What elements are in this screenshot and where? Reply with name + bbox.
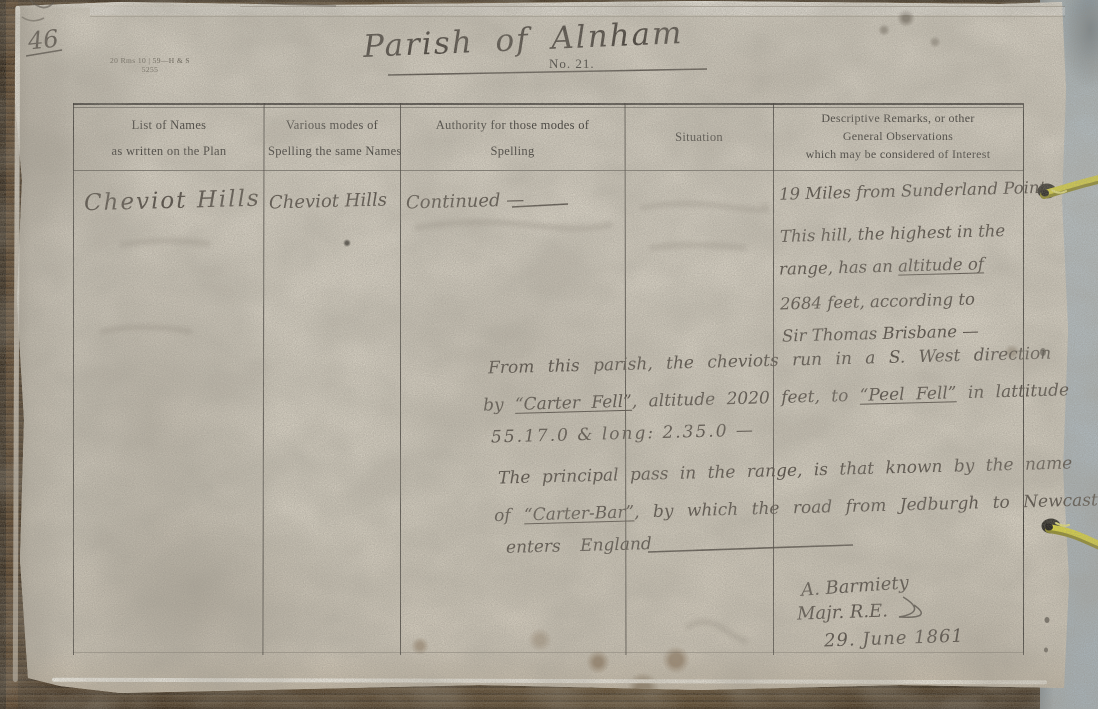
folio-underline <box>26 50 62 56</box>
bleed-through-marks <box>100 204 767 642</box>
previous-page-mark <box>22 17 44 21</box>
decorative-overlay <box>0 0 1098 709</box>
scanned-name-book-page: { "page": { "folio_number": "46", "stamp… <box>0 0 1098 709</box>
binding-hole-top-core <box>1041 190 1049 197</box>
ink-flourishes <box>22 0 921 617</box>
signature-flourish <box>899 597 921 617</box>
small-margin-tears <box>1040 348 1050 653</box>
previous-page-number-fragment <box>30 0 54 8</box>
title-underline-flourish <box>388 69 707 75</box>
top-edge-mark <box>258 3 336 6</box>
england-dash-flourish <box>648 545 853 552</box>
continued-dash-flourish <box>512 204 568 207</box>
binding-hole-bottom-core <box>1045 524 1053 531</box>
binding-string-bottom <box>1049 523 1098 546</box>
